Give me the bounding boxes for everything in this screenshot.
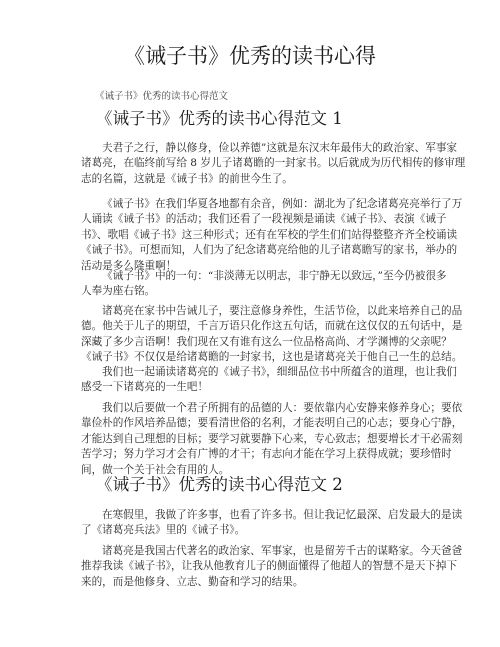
text-line: 书》、歌唱《诫子书》这三种形式；还有在军校的学生们们站得整整齐齐全校诵读 <box>81 228 426 243</box>
paragraph: 《诫子书》中的一句：“非淡薄无以明志，非宁静无以致远，”至今仍被很多 人奉为座右… <box>81 269 426 300</box>
document-page: 《诫子书》优秀的读书心得 《诫子书》优秀的读书心得范文 《诫子书》优秀的读书心得… <box>0 0 500 647</box>
text-line: 夫君子之行，静以修身，俭以养德”这就是东汉末年最伟大的政治家、军事家 <box>81 141 426 156</box>
paragraph: 在寒假里，我做了许多事，也看了许多书。但让我记忆最深、启发最大的是读 了《诸葛亮… <box>81 508 426 539</box>
paragraph: 我们以后要做一个君子所拥有的品德的人：要依靠内心安静来修养身心；要依 靠俭朴的作… <box>81 401 426 478</box>
text-line: 《诫子书》中的一句：“非淡薄无以明志，非宁静无以致远，”至今仍被很多 <box>81 269 426 284</box>
text-line: 《诫子书》。可想而知，人们为了纪念诸葛亮给他的儿子诸葛瞻写的家书，举办的 <box>81 243 426 258</box>
text-line: 《诫子书》不仅仅是给诸葛瞻的一封家书，这也是诸葛亮关于他自己一生的总结。 <box>81 350 426 365</box>
text-line: 感受一下诸葛亮的一生吧！ <box>81 380 426 395</box>
text-line: 苦学习；努力学习才会有广博的才干；有志向才能在学习上获得成就；要珍惜时 <box>81 447 426 462</box>
text-line: 深藏了多少言语啊！我们现在又有谁有这么一位品格高尚、才学渊博的父亲呢？ <box>81 335 426 350</box>
paragraph: 《诫子书》在我们华夏各地都有余音，例如：湖北为了纪念诸葛亮亮举行了万 人诵读《诫… <box>81 197 426 274</box>
paragraph: 夫君子之行，静以修身，俭以养德”这就是东汉末年最伟大的政治家、军事家 诸葛亮，在… <box>81 141 426 187</box>
document-title: 《诫子书》优秀的读书心得 <box>0 43 500 69</box>
text-line: 来的，而是他修身、立志、勤奋和学习的结果。 <box>81 575 426 590</box>
text-line: 诸葛亮，在临终前写给 8 岁儿子诸葛瞻的一封家书。以后就成为历代相传的修审理 <box>81 156 426 171</box>
text-line: 诸葛亮在家书中告诫儿子，要注意修身养性，生活节俭，以此来培养自己的品 <box>81 304 426 319</box>
paragraph: 诸葛亮是我国古代著名的政治家、军事家，也是留芳千古的谋略家。今天爸爸 推荐我读《… <box>81 544 426 590</box>
paragraph: 诸葛亮在家书中告诫儿子，要注意修身养性，生活节俭，以此来培养自己的品 德。他关于… <box>81 304 426 366</box>
section-heading-1: 《诫子书》优秀的读书心得范文 1 <box>96 108 343 130</box>
text-line: 在寒假里，我做了许多事，也看了许多书。但让我记忆最深、启发最大的是读 <box>81 508 426 523</box>
text-line: 我们也一起诵读诸葛亮的《诫子书》，细细品位书中所蕴含的道理，也让我们 <box>81 365 426 380</box>
text-line: 了《诸葛亮兵法》里的《诫子书》。 <box>81 523 426 538</box>
text-line: 靠俭朴的作风培养品德；要看清世俗的名利，才能表明自己的心志；要身心宁静， <box>81 416 426 431</box>
text-line: 推荐我读《诫子书》，让我从他教育儿子的侧面懂得了他超人的智慧不是天下掉下 <box>81 559 426 574</box>
text-line: 志的名篇，这就是《诫子书》的前世今生了。 <box>81 172 426 187</box>
document-subtitle: 《诫子书》优秀的读书心得范文 <box>95 91 228 103</box>
text-line: 我们以后要做一个君子所拥有的品德的人：要依靠内心安静来修养身心；要依 <box>81 401 426 416</box>
text-line: 德。他关于儿子的期望，千言万语只化作这五句话，而就在这仅仅的五句话中，是 <box>81 319 426 334</box>
paragraph: 我们也一起诵读诸葛亮的《诫子书》，细细品位书中所蕴含的道理，也让我们 感受一下诸… <box>81 365 426 396</box>
text-line: 《诫子书》在我们华夏各地都有余音，例如：湖北为了纪念诸葛亮亮举行了万 <box>81 197 426 212</box>
section-heading-2: 《诫子书》优秀的读书心得范文 2 <box>96 474 343 496</box>
text-line: 才能达到自己理想的目标；要学习就要静下心来，专心致志；想要增长才干必需刻 <box>81 432 426 447</box>
text-line: 人诵读《诫子书》的活动；我们还看了一段视频是诵读《诫子书》、表演《诫子 <box>81 212 426 227</box>
text-line: 诸葛亮是我国古代著名的政治家、军事家，也是留芳千古的谋略家。今天爸爸 <box>81 544 426 559</box>
text-line: 人奉为座右铭。 <box>81 284 426 299</box>
